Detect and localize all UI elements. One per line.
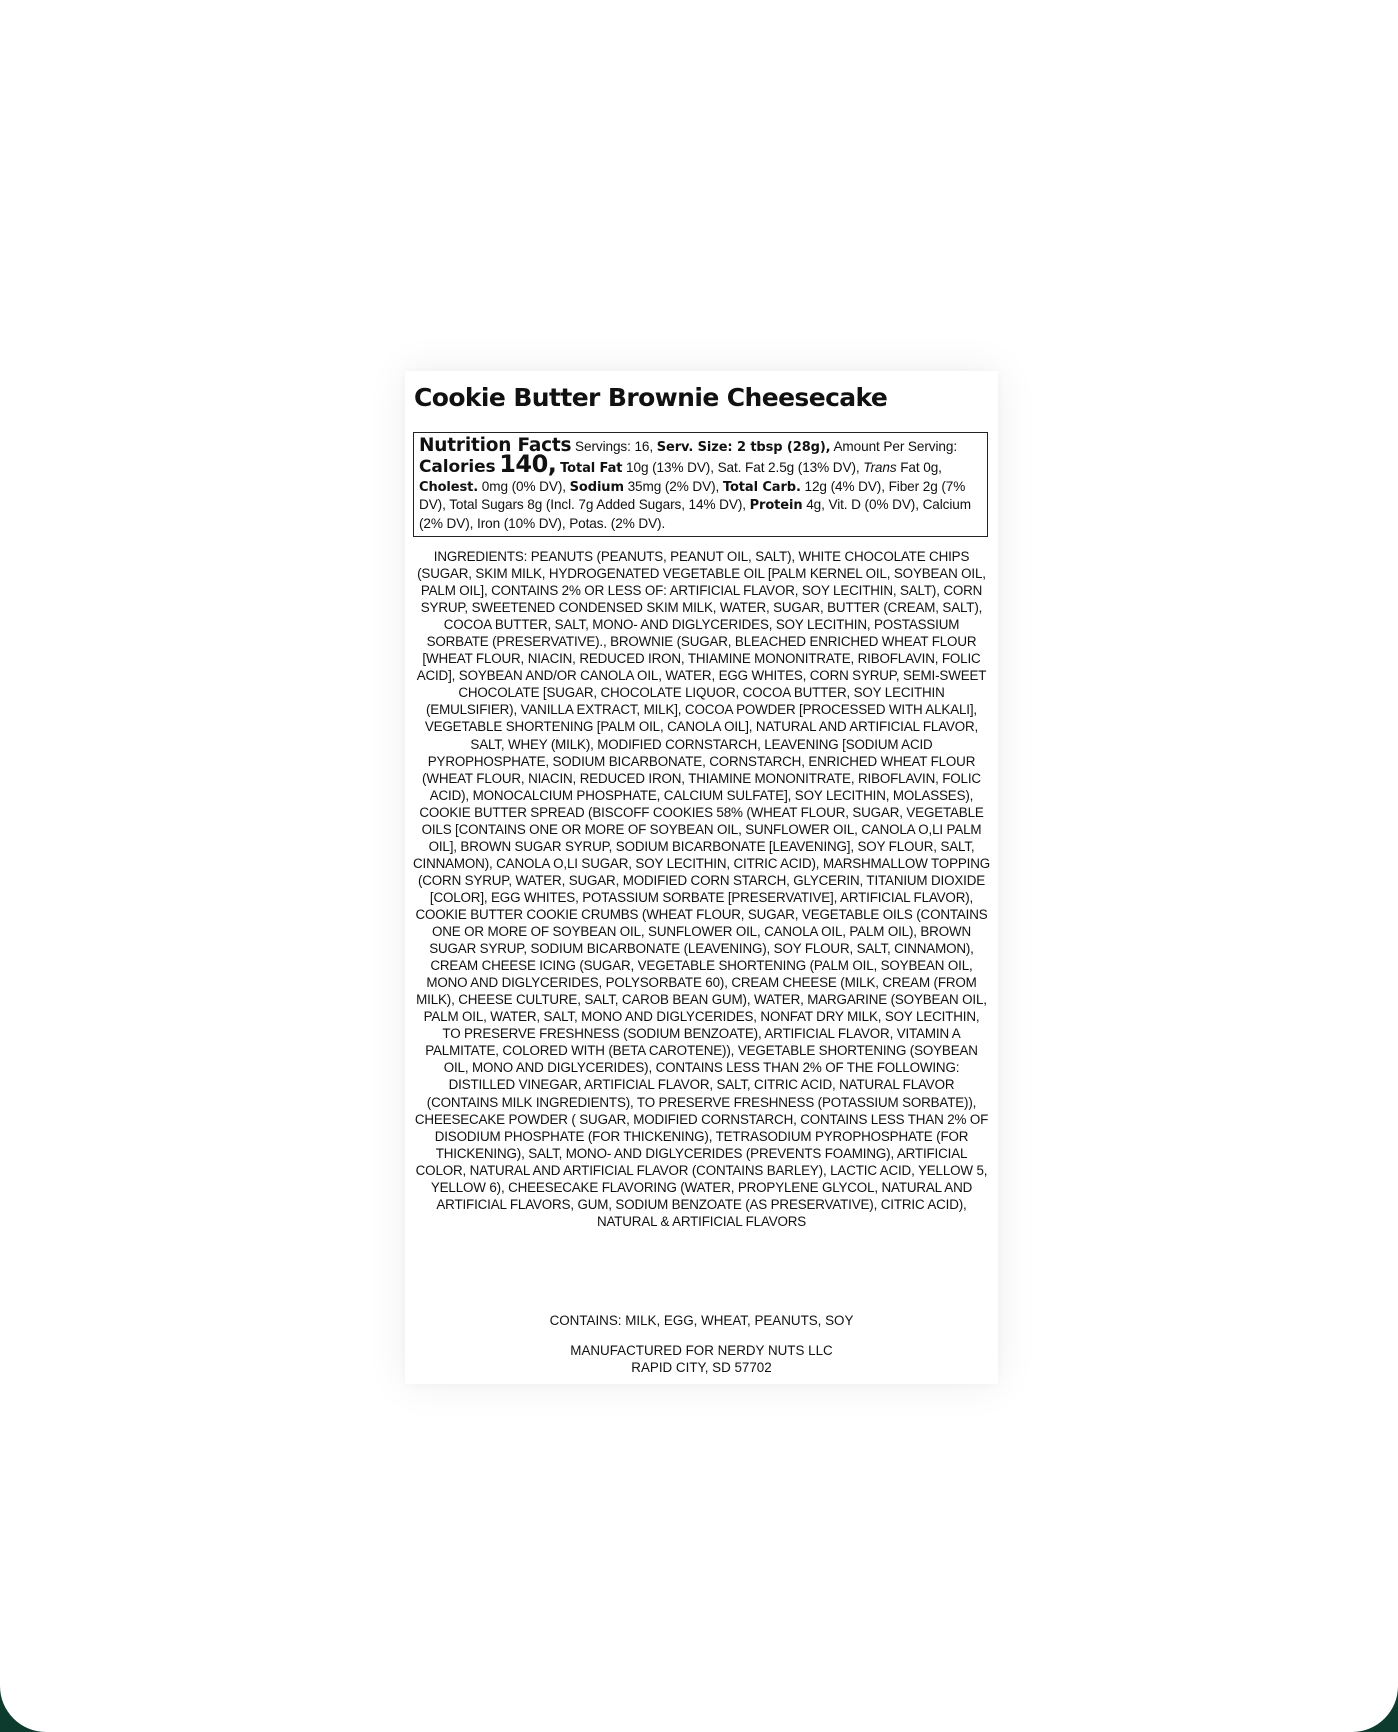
ingredients-list: INGREDIENTS: PEANUTS (PEANUTS, PEANUT OI… xyxy=(413,548,990,1230)
nutrition-label-card: Cookie Butter Brownie Cheesecake Nutriti… xyxy=(405,371,998,1384)
trans-fat-value: Fat 0g, xyxy=(900,460,942,475)
total-fat-value: 10g (13% DV), Sat. Fat 2.5g (13% DV), xyxy=(626,460,860,475)
total-carb-label: Total Carb. xyxy=(723,480,801,495)
cholesterol-label: Cholest. xyxy=(419,480,478,495)
manufacturer-address: RAPID CITY, SD 57702 xyxy=(413,1359,990,1376)
amount-per-serving: Amount Per Serving: xyxy=(833,439,957,454)
sodium-label: Sodium xyxy=(570,480,624,495)
manufacturer-info: MANUFACTURED FOR NERDY NUTS LLC RAPID CI… xyxy=(413,1342,990,1376)
serving-size: Serv. Size: 2 tbsp (28g), xyxy=(657,440,831,455)
trans-fat-label: Trans xyxy=(863,460,896,475)
calories-value: 140, xyxy=(499,450,556,478)
protein-label: Protein xyxy=(750,498,803,513)
page-sheet: Cookie Butter Brownie Cheesecake Nutriti… xyxy=(0,0,1398,1732)
calories-label: Calories xyxy=(419,457,496,477)
product-title: Cookie Butter Brownie Cheesecake xyxy=(414,381,990,415)
nutrition-facts-box: Nutrition Facts Servings: 16, Serv. Size… xyxy=(413,432,988,537)
manufacturer-name: MANUFACTURED FOR NERDY NUTS LLC xyxy=(413,1342,990,1359)
allergen-statement: CONTAINS: MILK, EGG, WHEAT, PEANUTS, SOY xyxy=(413,1312,990,1329)
cholesterol-value: 0mg (0% DV), xyxy=(482,479,566,494)
total-fat-label: Total Fat xyxy=(560,461,622,476)
servings-text: Servings: 16, xyxy=(575,439,653,454)
sodium-value: 35mg (2% DV), xyxy=(628,479,720,494)
